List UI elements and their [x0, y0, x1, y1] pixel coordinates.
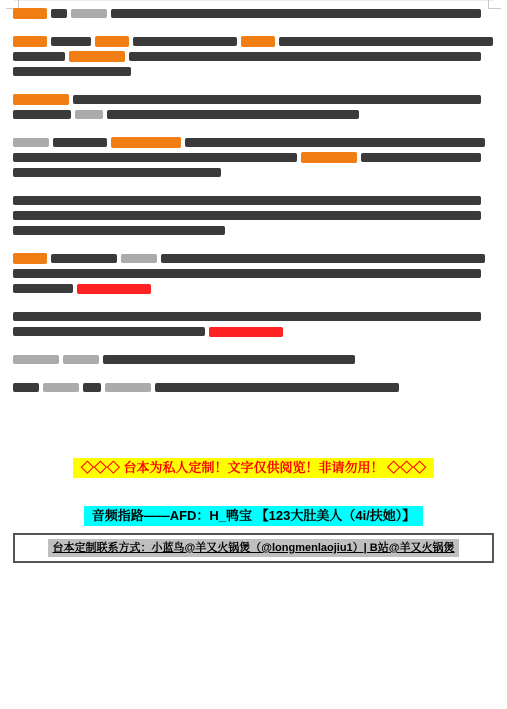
- notice-banner-row: ◇◇◇ 台本为私人定制！文字仅供阅览！非请勿用！ ◇◇◇: [0, 458, 507, 478]
- redacted-line: [13, 64, 495, 79]
- action-tag-redacted: [13, 36, 47, 47]
- tone-tag-redacted: [63, 355, 99, 364]
- redacted-line: [13, 266, 495, 281]
- dialogue-text-redacted: [13, 52, 65, 61]
- action-tag-redacted: [111, 137, 181, 148]
- redacted-paragraph: [13, 193, 495, 238]
- document-page: ◇◇◇ 台本为私人定制！文字仅供阅览！非请勿用！ ◇◇◇ 音频指路——AFD：H…: [0, 0, 507, 709]
- dialogue-text-redacted: [361, 153, 481, 162]
- redacted-line: [13, 150, 495, 165]
- redacted-line: [13, 49, 495, 64]
- tone-tag-redacted: [105, 383, 151, 392]
- redacted-line: [13, 380, 495, 395]
- redacted-line: [13, 281, 495, 296]
- redacted-line: [13, 208, 495, 223]
- redacted-line: [13, 309, 495, 324]
- action-tag-redacted: [13, 253, 47, 264]
- script-body-redacted: [13, 6, 495, 408]
- tone-tag-redacted: [13, 355, 59, 364]
- redacted-line: [13, 6, 495, 21]
- dialogue-text-redacted: [51, 254, 117, 263]
- action-tag-redacted: [13, 8, 47, 19]
- redacted-paragraph: [13, 380, 495, 395]
- dialogue-text-redacted: [13, 196, 481, 205]
- dialogue-text-redacted: [155, 383, 399, 392]
- redacted-paragraph: [13, 352, 495, 367]
- private-commission-notice: ◇◇◇ 台本为私人定制！文字仅供阅览！非请勿用！ ◇◇◇: [73, 458, 434, 478]
- redacted-line: [13, 223, 495, 238]
- redacted-line: [13, 107, 495, 122]
- redacted-line: [13, 193, 495, 208]
- redacted-line: [13, 352, 495, 367]
- dialogue-text-redacted: [185, 138, 485, 147]
- action-tag-redacted: [95, 36, 129, 47]
- dialogue-text-redacted: [83, 383, 101, 392]
- tone-tag-redacted: [71, 9, 107, 18]
- tone-tag-redacted: [75, 110, 103, 119]
- redacted-line: [13, 135, 495, 150]
- tone-tag-redacted: [13, 138, 49, 147]
- redacted-line: [13, 165, 495, 180]
- dialogue-text-redacted: [13, 383, 39, 392]
- adlib-note-redacted: [209, 327, 283, 337]
- dialogue-text-redacted: [13, 284, 73, 293]
- action-tag-redacted: [13, 94, 69, 105]
- redacted-paragraph: [13, 251, 495, 296]
- audio-guide-banner: 音频指路——AFD：H_鸭宝 【123大肚美人（4i/扶她）】: [84, 506, 424, 526]
- redacted-paragraph: [13, 92, 495, 122]
- contact-box: 台本定制联系方式：小蓝鸟@羊又火锅煲（@longmenlaojiu1）| B站@…: [13, 533, 494, 563]
- dialogue-text-redacted: [13, 269, 481, 278]
- redacted-paragraph: [13, 34, 495, 79]
- redacted-paragraph: [13, 6, 495, 21]
- dialogue-text-redacted: [13, 168, 221, 177]
- audio-guide-row: 音频指路——AFD：H_鸭宝 【123大肚美人（4i/扶她）】: [0, 506, 507, 526]
- redacted-line: [13, 34, 495, 49]
- action-tag-redacted: [241, 36, 275, 47]
- dialogue-text-redacted: [13, 211, 481, 220]
- dialogue-text-redacted: [279, 37, 493, 46]
- dialogue-text-redacted: [13, 312, 481, 321]
- redacted-paragraph: [13, 135, 495, 180]
- redacted-line: [13, 324, 495, 339]
- dialogue-text-redacted: [13, 110, 71, 119]
- dialogue-text-redacted: [73, 95, 481, 104]
- action-tag-redacted: [301, 152, 357, 163]
- dialogue-text-redacted: [129, 52, 481, 61]
- adlib-note-redacted: [77, 284, 151, 294]
- tone-tag-redacted: [43, 383, 79, 392]
- dialogue-text-redacted: [13, 327, 205, 336]
- tone-tag-redacted: [121, 254, 157, 263]
- redacted-line: [13, 92, 495, 107]
- dialogue-text-redacted: [133, 37, 237, 46]
- dialogue-text-redacted: [13, 226, 225, 235]
- dialogue-text-redacted: [51, 37, 91, 46]
- dialogue-text-redacted: [13, 67, 131, 76]
- dialogue-text-redacted: [161, 254, 485, 263]
- dialogue-text-redacted: [107, 110, 359, 119]
- redacted-paragraph: [13, 309, 495, 339]
- dialogue-text-redacted: [111, 9, 481, 18]
- dialogue-text-redacted: [53, 138, 107, 147]
- dialogue-text-redacted: [51, 9, 67, 18]
- commission-contact-text: 台本定制联系方式：小蓝鸟@羊又火锅煲（@longmenlaojiu1）| B站@…: [48, 539, 460, 557]
- action-tag-redacted: [69, 51, 125, 62]
- redacted-line: [13, 251, 495, 266]
- dialogue-text-redacted: [13, 153, 297, 162]
- dialogue-text-redacted: [103, 355, 355, 364]
- page-top-edge: [14, 0, 493, 1]
